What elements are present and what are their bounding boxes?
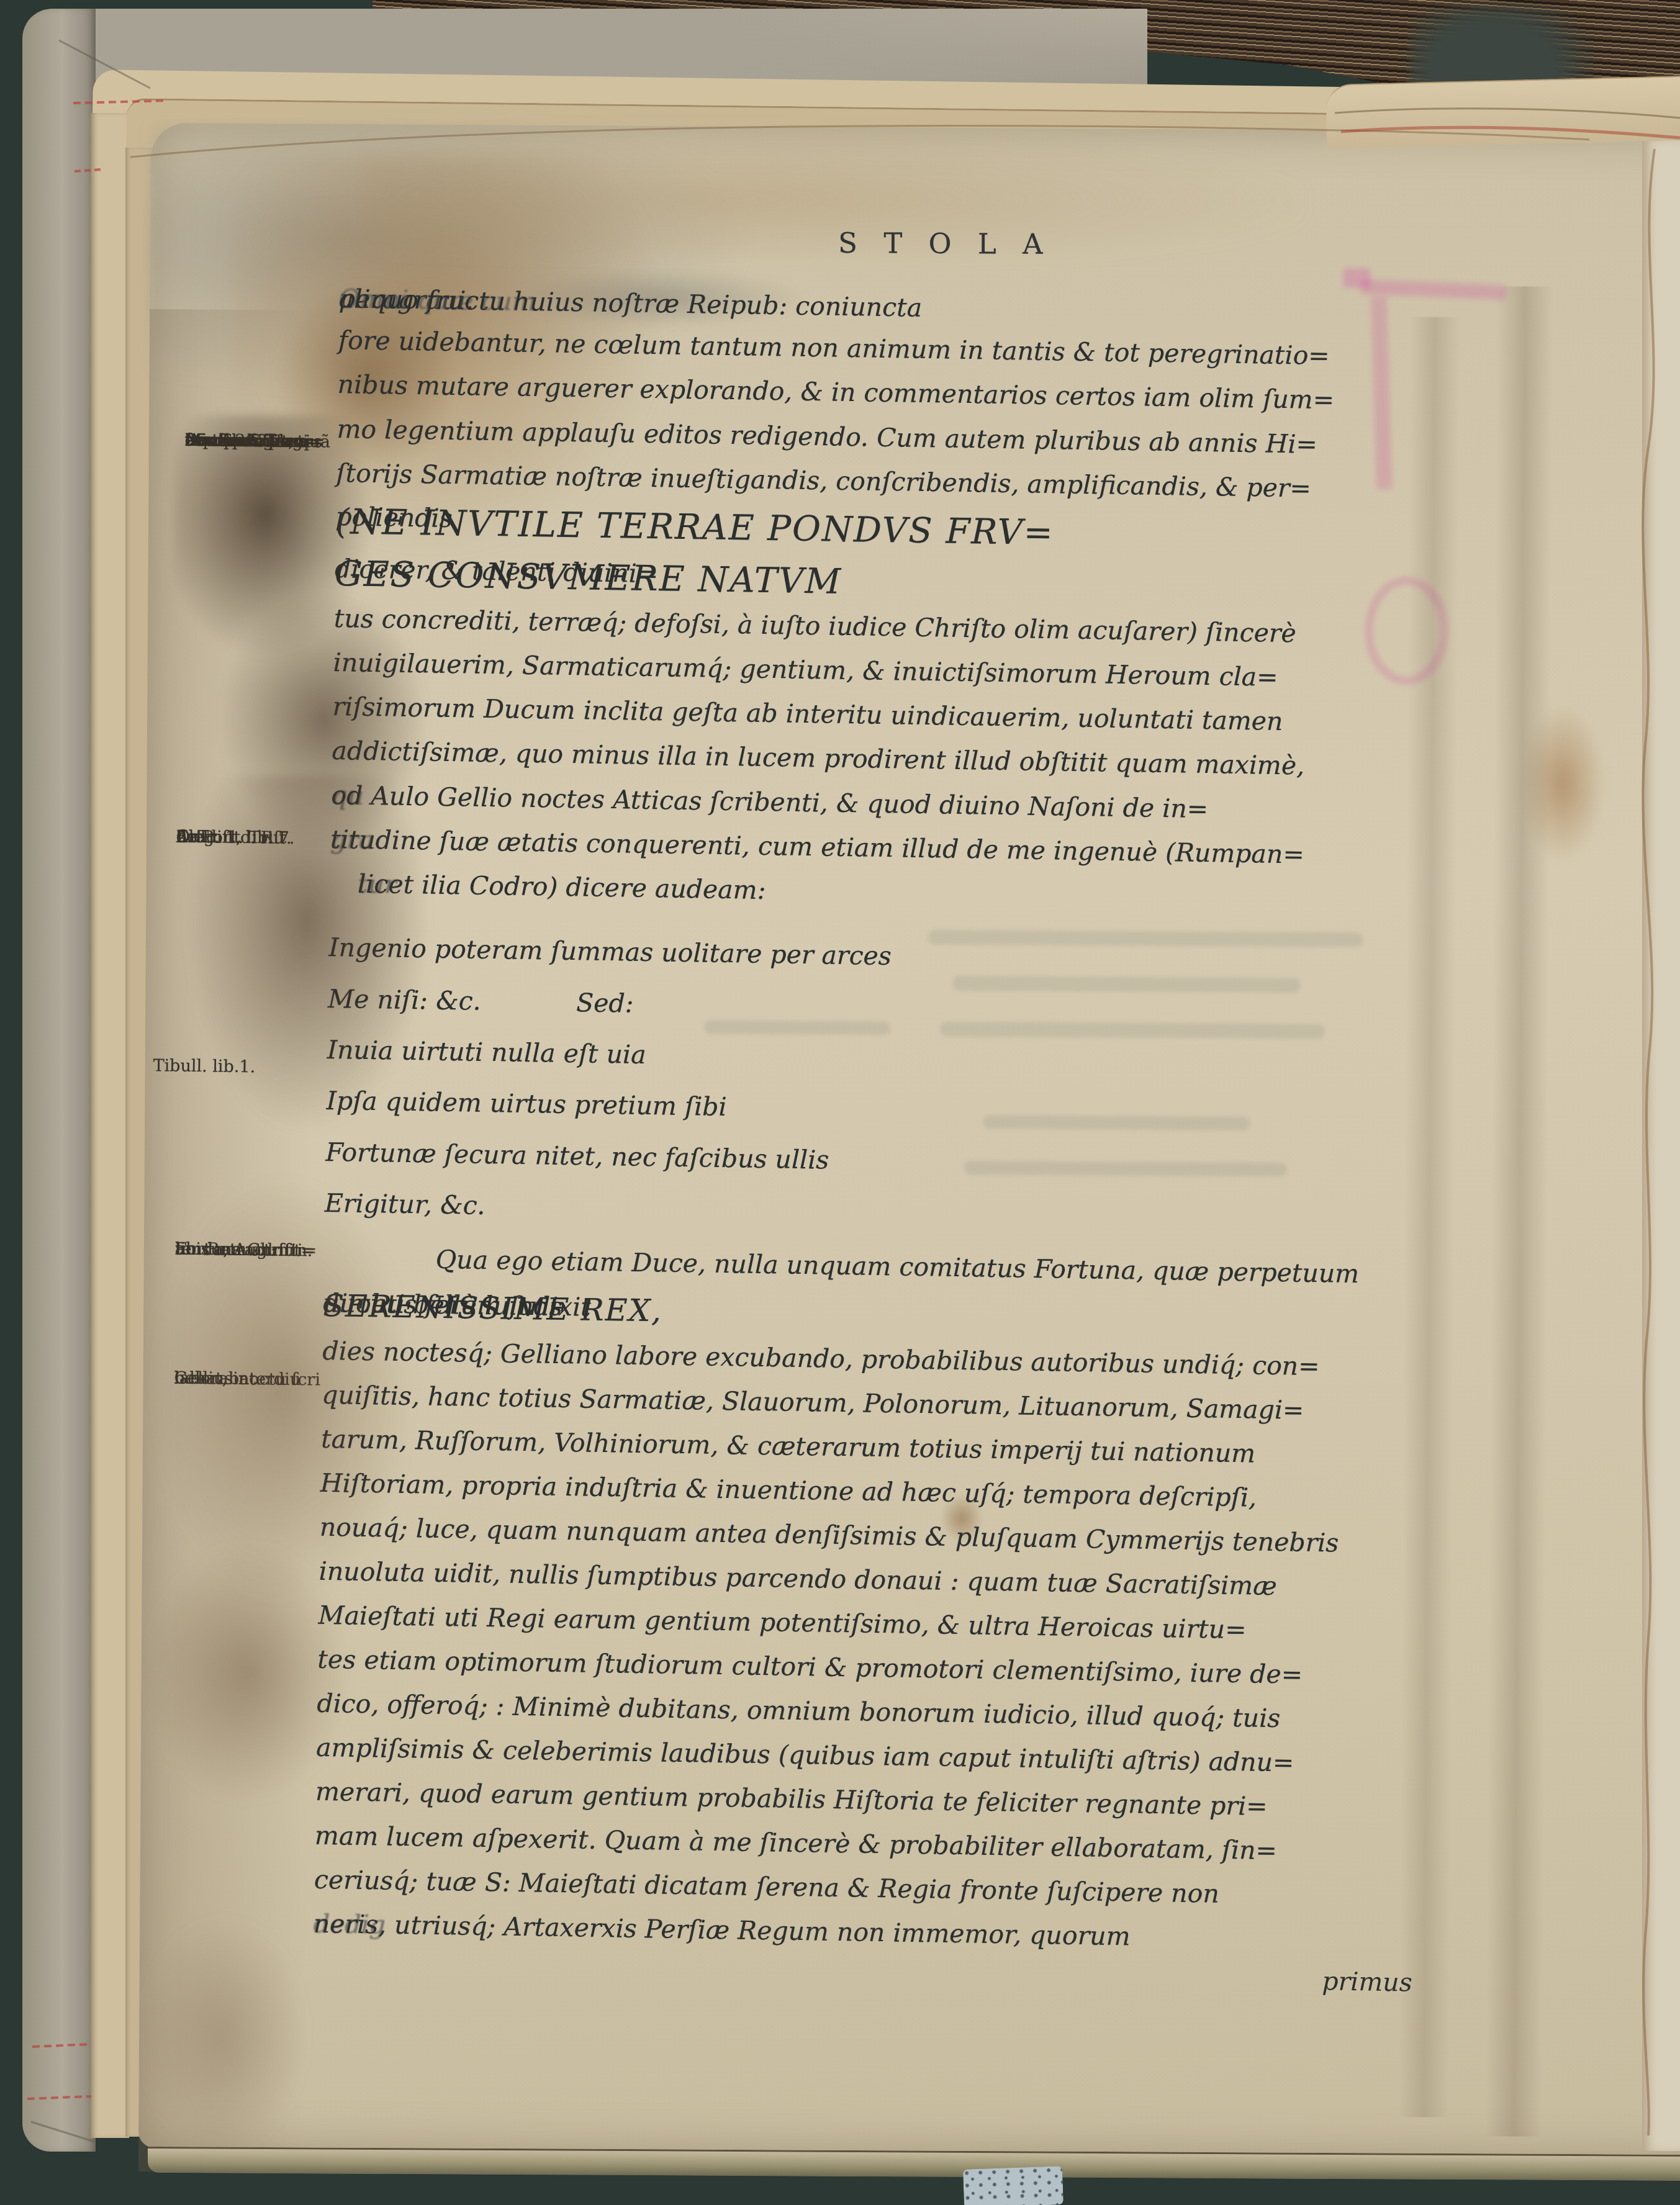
text-line: mo legentium applauſu editos redigendo. … (337, 414, 1404, 431)
text-run: quiſitis, hanc totius Sarmatiæ, Slauorum… (322, 1380, 1304, 1425)
text-run: inuoluta uidit, nullis ſumptibus parcend… (318, 1556, 1277, 1601)
text-line: ampliſsimis & celeberimis laudibus (quib… (317, 1733, 1383, 1749)
text-run: Sed: (576, 988, 634, 1018)
text-line: tus concrediti, terræq́; defoſsi, à iuſt… (334, 603, 1401, 620)
margin-note-line: Tibull. lib.1. (153, 1052, 255, 1081)
text-line: nouaq́; luce, quam nunquam antea denſiſs… (320, 1512, 1386, 1529)
text-run: ampliſsimis & celeberimis laudibus (quib… (316, 1733, 1294, 1778)
text-line: mam lucem aſpexerit. Quam à me ſincerè &… (315, 1821, 1381, 1837)
text-line: nibus mutare arguerer explorando, & in c… (338, 369, 1404, 386)
text-run: Hiſtoriam, propria induſtria & inuention… (320, 1468, 1257, 1513)
text-run: duobus ferè luſtris (323, 1288, 562, 1322)
next-page-edge (1642, 140, 1680, 2151)
text-line: tarum, Ruſſorum, Volhiniorum, & cæteraru… (322, 1424, 1388, 1441)
text-line: quiſitis, hanc totius Sarmatiæ, Slauorum… (322, 1380, 1389, 1397)
text-run: od Aulo Gellio noctes Atticas ſcribenti,… (331, 780, 1208, 824)
text-run: neris, utriusq́; Artaxerxis Perſiæ Regum… (313, 1909, 1130, 1952)
margin-note-line: 25. &c. (184, 428, 246, 453)
text-run: riſsimorum Ducum inclita geſta ab interi… (332, 692, 1283, 736)
text-run: Qua ego etiam Duce, nulla unquam comitat… (379, 1243, 1359, 1289)
curved-leaf-edges (1325, 76, 1680, 149)
text-run: aliquo fructu huius noſtræ Reipub: coniu… (339, 284, 923, 323)
text-run: mo legentium applauſu editos redigendo. … (336, 414, 1317, 459)
text-run: licet ilia Codro) dicere audeam: (358, 869, 766, 905)
text-line: Fortunæ ſecura nitet, nec faſcibus ullis (326, 1137, 1393, 1154)
manuscript-page: S T O L A peragraui. Omni quæ cum aliquo… (138, 123, 1680, 2157)
text-line: inuoluta uidit, nullis ſumptibus parcend… (319, 1556, 1386, 1573)
text-line: riſsimorum Ducum inclita geſta ab interi… (333, 692, 1399, 708)
text-line: Hiſtoriam, propria induſtria & inuention… (320, 1468, 1387, 1485)
text-run: Maieſtati uti Regi earum gentium potenti… (318, 1600, 1247, 1644)
text-run: Ingenio poteram ſummas uolitare per arce… (328, 932, 892, 971)
under-leaf-edge (91, 113, 129, 2138)
text-line: poliendis (NE INVTILE TERRAE PONDVS FRV= (336, 502, 1402, 518)
text-line: dedigneris, utriusq́; Artaxerxis Perſiæ … (314, 1909, 1380, 1926)
text-line: tes etiam optimorum ſtudiorum cultori & … (318, 1644, 1384, 1661)
text-run: fore uidebantur, ne cœlum tantum non ani… (338, 325, 1330, 371)
text-line: Maieſtati uti Regi earum gentium potenti… (318, 1600, 1385, 1617)
text-run: nouaq́; luce, quam nunquam antea denſiſs… (320, 1512, 1339, 1558)
margin-note-line: laborabat. (174, 1364, 261, 1393)
text-line: Ingenio poteram ſummas uolitare per arce… (329, 932, 1396, 949)
body-text: peragraui. Omni quæ cum aliquo fructu hu… (120, 121, 1680, 2170)
catchword: primus (1132, 1964, 1412, 1998)
text-run: Me niſi: &c. (328, 984, 481, 1016)
text-line: peragraui. Omni quæ cum aliquo fructu hu… (339, 284, 1406, 300)
text-line: gratitudine ſuæ ætatis conquerenti, cum … (331, 824, 1398, 841)
text-line: inuigilauerim, Sarmaticarumq́; gentium, … (333, 647, 1400, 664)
text-run: dicerer, & talenti diuini= (335, 554, 659, 588)
text-run: ceriusq́; tuæ S: Maieſtati dicatam ſeren… (314, 1865, 1220, 1909)
text-line: ceriusq́; tuæ S: Maieſtati dicatam ſeren… (314, 1865, 1381, 1882)
text-line: merari, quod earum gentium probabilis Hi… (316, 1777, 1383, 1793)
scanned-book-photo: S T O L A peragraui. Omni quæ cum aliquo… (0, 0, 1680, 2205)
text-line: dies noctesq́; Gelliano labore excubando… (323, 1336, 1389, 1353)
text-line: fore uidebantur, ne cœlum tantum non ani… (338, 325, 1405, 342)
text-line: Erigitur, &c. (325, 1188, 1391, 1205)
text-run: inuigilauerim, Sarmaticarumq́; gentium, … (333, 647, 1278, 692)
text-run: Erigitur, &c. (325, 1188, 485, 1220)
text-run: dico, offeroq́; : Minimè dubitans, omniu… (317, 1689, 1281, 1733)
text-run: dies noctesq́; Gelliano labore excubando… (322, 1336, 1320, 1381)
text-line: dico, offeroq́; : Minimè dubitans, omniu… (317, 1689, 1384, 1705)
text-run: tus concrediti, terræq́; defoſsi, à iuſt… (334, 603, 1297, 648)
text-line: GES CONSVMERE NATVM dicerer, & talenti d… (335, 554, 1402, 570)
text-line: Inuia uirtuti nulla eſt uia (327, 1035, 1394, 1052)
speckled-label-sticker (963, 2166, 1064, 2205)
text-run: mam lucem aſpexerit. Quam à me ſincerè &… (315, 1821, 1278, 1865)
margin-note-line: Art. (176, 823, 209, 851)
text-run: addictiſsimæ, quo minus illa in lucem pr… (332, 736, 1304, 781)
text-run: (NE INVTILE TERRAE PONDVS FRV= (335, 502, 1054, 553)
text-line: uirtuti bellum indixit SERENISSIME REX, … (323, 1288, 1390, 1305)
text-run: tes etiam optimorum ſtudiorum cultori & … (317, 1644, 1303, 1690)
text-line: addictiſsimæ, quo minus illa in lucem pr… (332, 736, 1399, 752)
margin-note-line: lib. Retract: (174, 1235, 276, 1264)
text-line: ſtorijs Sarmatiæ noſtræ inueſtigandis, c… (336, 458, 1403, 475)
text-run: merari, quod earum gentium probabilis Hi… (315, 1777, 1268, 1821)
text-line: tur licet ilia Codro) dicere audeam: (330, 868, 1397, 885)
text-run: Fortunæ ſecura nitet, nec faſcibus ullis (325, 1137, 829, 1175)
text-run: Ipſa quidem uirtus pretium ſibi (326, 1086, 727, 1122)
text-line: Ipſa quidem uirtus pretium ſibi (327, 1086, 1393, 1102)
vellum-cover-left-edge (22, 9, 96, 2152)
text-line: quod Aulo Gellio noctes Atticas ſcribent… (332, 780, 1398, 797)
text-run: titudine ſuæ ætatis conquerenti, cum eti… (330, 824, 1304, 870)
text-run: nibus mutare arguerer explorando, & in c… (337, 369, 1334, 415)
text-line: Qua ego etiam Duce, nulla unquam comitat… (324, 1243, 1391, 1260)
text-line: Me niſi: &c.Sed: (328, 984, 1395, 1001)
text-run: Inuia uirtuti nulla eſt uia (327, 1035, 646, 1070)
text-run: tarum, Ruſſorum, Volhiniorum, & cæteraru… (321, 1424, 1256, 1469)
text-run: ſtorijs Sarmatiæ noſtræ inueſtigandis, c… (336, 458, 1311, 503)
